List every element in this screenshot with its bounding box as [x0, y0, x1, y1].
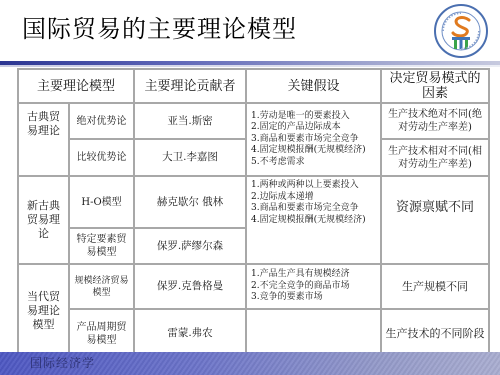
group-classical: 古典贸易理论: [18, 103, 69, 176]
model-name: 特定要素贸易模型: [69, 228, 134, 264]
assumption-item: 2.边际成本递增: [251, 192, 376, 204]
table-header-row: 主要理论模型 主要理论贡献者 关键假设 决定贸易模式的因素: [18, 69, 489, 103]
factor-neoclassical: 资源禀赋不同: [381, 176, 489, 264]
header-assumptions: 关键假设: [246, 69, 381, 103]
table-row: 古典贸易理论 绝对优势论 亚当.斯密 1.劳动是唯一的要素投入 2.固定的产品边…: [18, 103, 489, 139]
assumption-item: 5.不考虑需求: [251, 157, 376, 169]
assumption-item: 4.固定规模报酬(无规模经济): [251, 145, 376, 157]
contributor: 大卫.李嘉图: [134, 139, 246, 176]
factor: 生产技术绝对不同(绝对劳动生产率差): [381, 103, 489, 139]
group-contemporary: 当代贸易理论模型: [18, 264, 69, 358]
assumptions-classical: 1.劳动是唯一的要素投入 2.固定的产品边际成本 3.商品和要素市场完全竞争 4…: [246, 103, 381, 176]
slide-title: 国际贸易的主要理论模型: [22, 13, 297, 45]
contributor: 亚当.斯密: [134, 103, 246, 139]
assumption-item: 1.两种或两种以上要素投入: [251, 180, 376, 192]
table-row: 产品周期贸易模型 雷蒙.弗农 生产技术的不同阶段: [18, 309, 489, 358]
model-name: H-O模型: [69, 176, 134, 228]
group-neoclassical: 新古典贸易理论: [18, 176, 69, 264]
trade-theory-table: 主要理论模型 主要理论贡献者 关键假设 决定贸易模式的因素 古典贸易理论 绝对优…: [17, 68, 490, 359]
table-row: 新古典贸易理论 H-O模型 赫克歇尔 俄林 1.两种或两种以上要素投入 2.边际…: [18, 176, 489, 228]
contributor: 赫克歇尔 俄林: [134, 176, 246, 228]
assumption-item: 3.商品和要素市场完全竞争: [251, 134, 376, 146]
table-row: 当代贸易理论模型 规模经济贸易模型 保罗.克鲁格曼 1.产品生产具有规模经济 2…: [18, 264, 489, 309]
assumption-item: 1.产品生产具有规模经济: [251, 269, 376, 281]
factor: 生产规模不同: [381, 264, 489, 309]
footer-band: 国际经济学: [0, 352, 500, 375]
header-factor: 决定贸易模式的因素: [381, 69, 489, 103]
model-name: 绝对优势论: [69, 103, 134, 139]
model-name: 产品周期贸易模型: [69, 309, 134, 358]
assumptions-scale-economy: 1.产品生产具有规模经济 2.不完全竞争的商品市场 3.竞争的要素市场: [246, 264, 381, 309]
header-model: 主要理论模型: [18, 69, 134, 103]
assumption-item: 3.竞争的要素市场: [251, 292, 376, 304]
contributor: 雷蒙.弗农: [134, 309, 246, 358]
contributor: 保罗.萨缪尔森: [134, 228, 246, 264]
assumptions-product-cycle: [246, 309, 381, 358]
university-emblem-icon: [433, 3, 489, 59]
assumption-item: 2.不完全竞争的商品市场: [251, 281, 376, 293]
header-contributor: 主要理论贡献者: [134, 69, 246, 103]
assumption-item: 3.商品和要素市场完全竞争: [251, 203, 376, 215]
model-name: 规模经济贸易模型: [69, 264, 134, 309]
contributor: 保罗.克鲁格曼: [134, 264, 246, 309]
header-band-shadow: [0, 65, 500, 67]
model-name: 比较优势论: [69, 139, 134, 176]
footer-course-name: 国际经济学: [30, 355, 95, 371]
assumption-item: 2.固定的产品边际成本: [251, 122, 376, 134]
assumption-item: 4.固定规模报酬(无规模经济): [251, 215, 376, 227]
assumptions-neoclassical: 1.两种或两种以上要素投入 2.边际成本递增 3.商品和要素市场完全竞争 4.固…: [246, 176, 381, 264]
factor: 生产技术相对不同(相对劳动生产率差): [381, 139, 489, 176]
assumption-item: 1.劳动是唯一的要素投入: [251, 111, 376, 123]
factor: 生产技术的不同阶段: [381, 309, 489, 358]
